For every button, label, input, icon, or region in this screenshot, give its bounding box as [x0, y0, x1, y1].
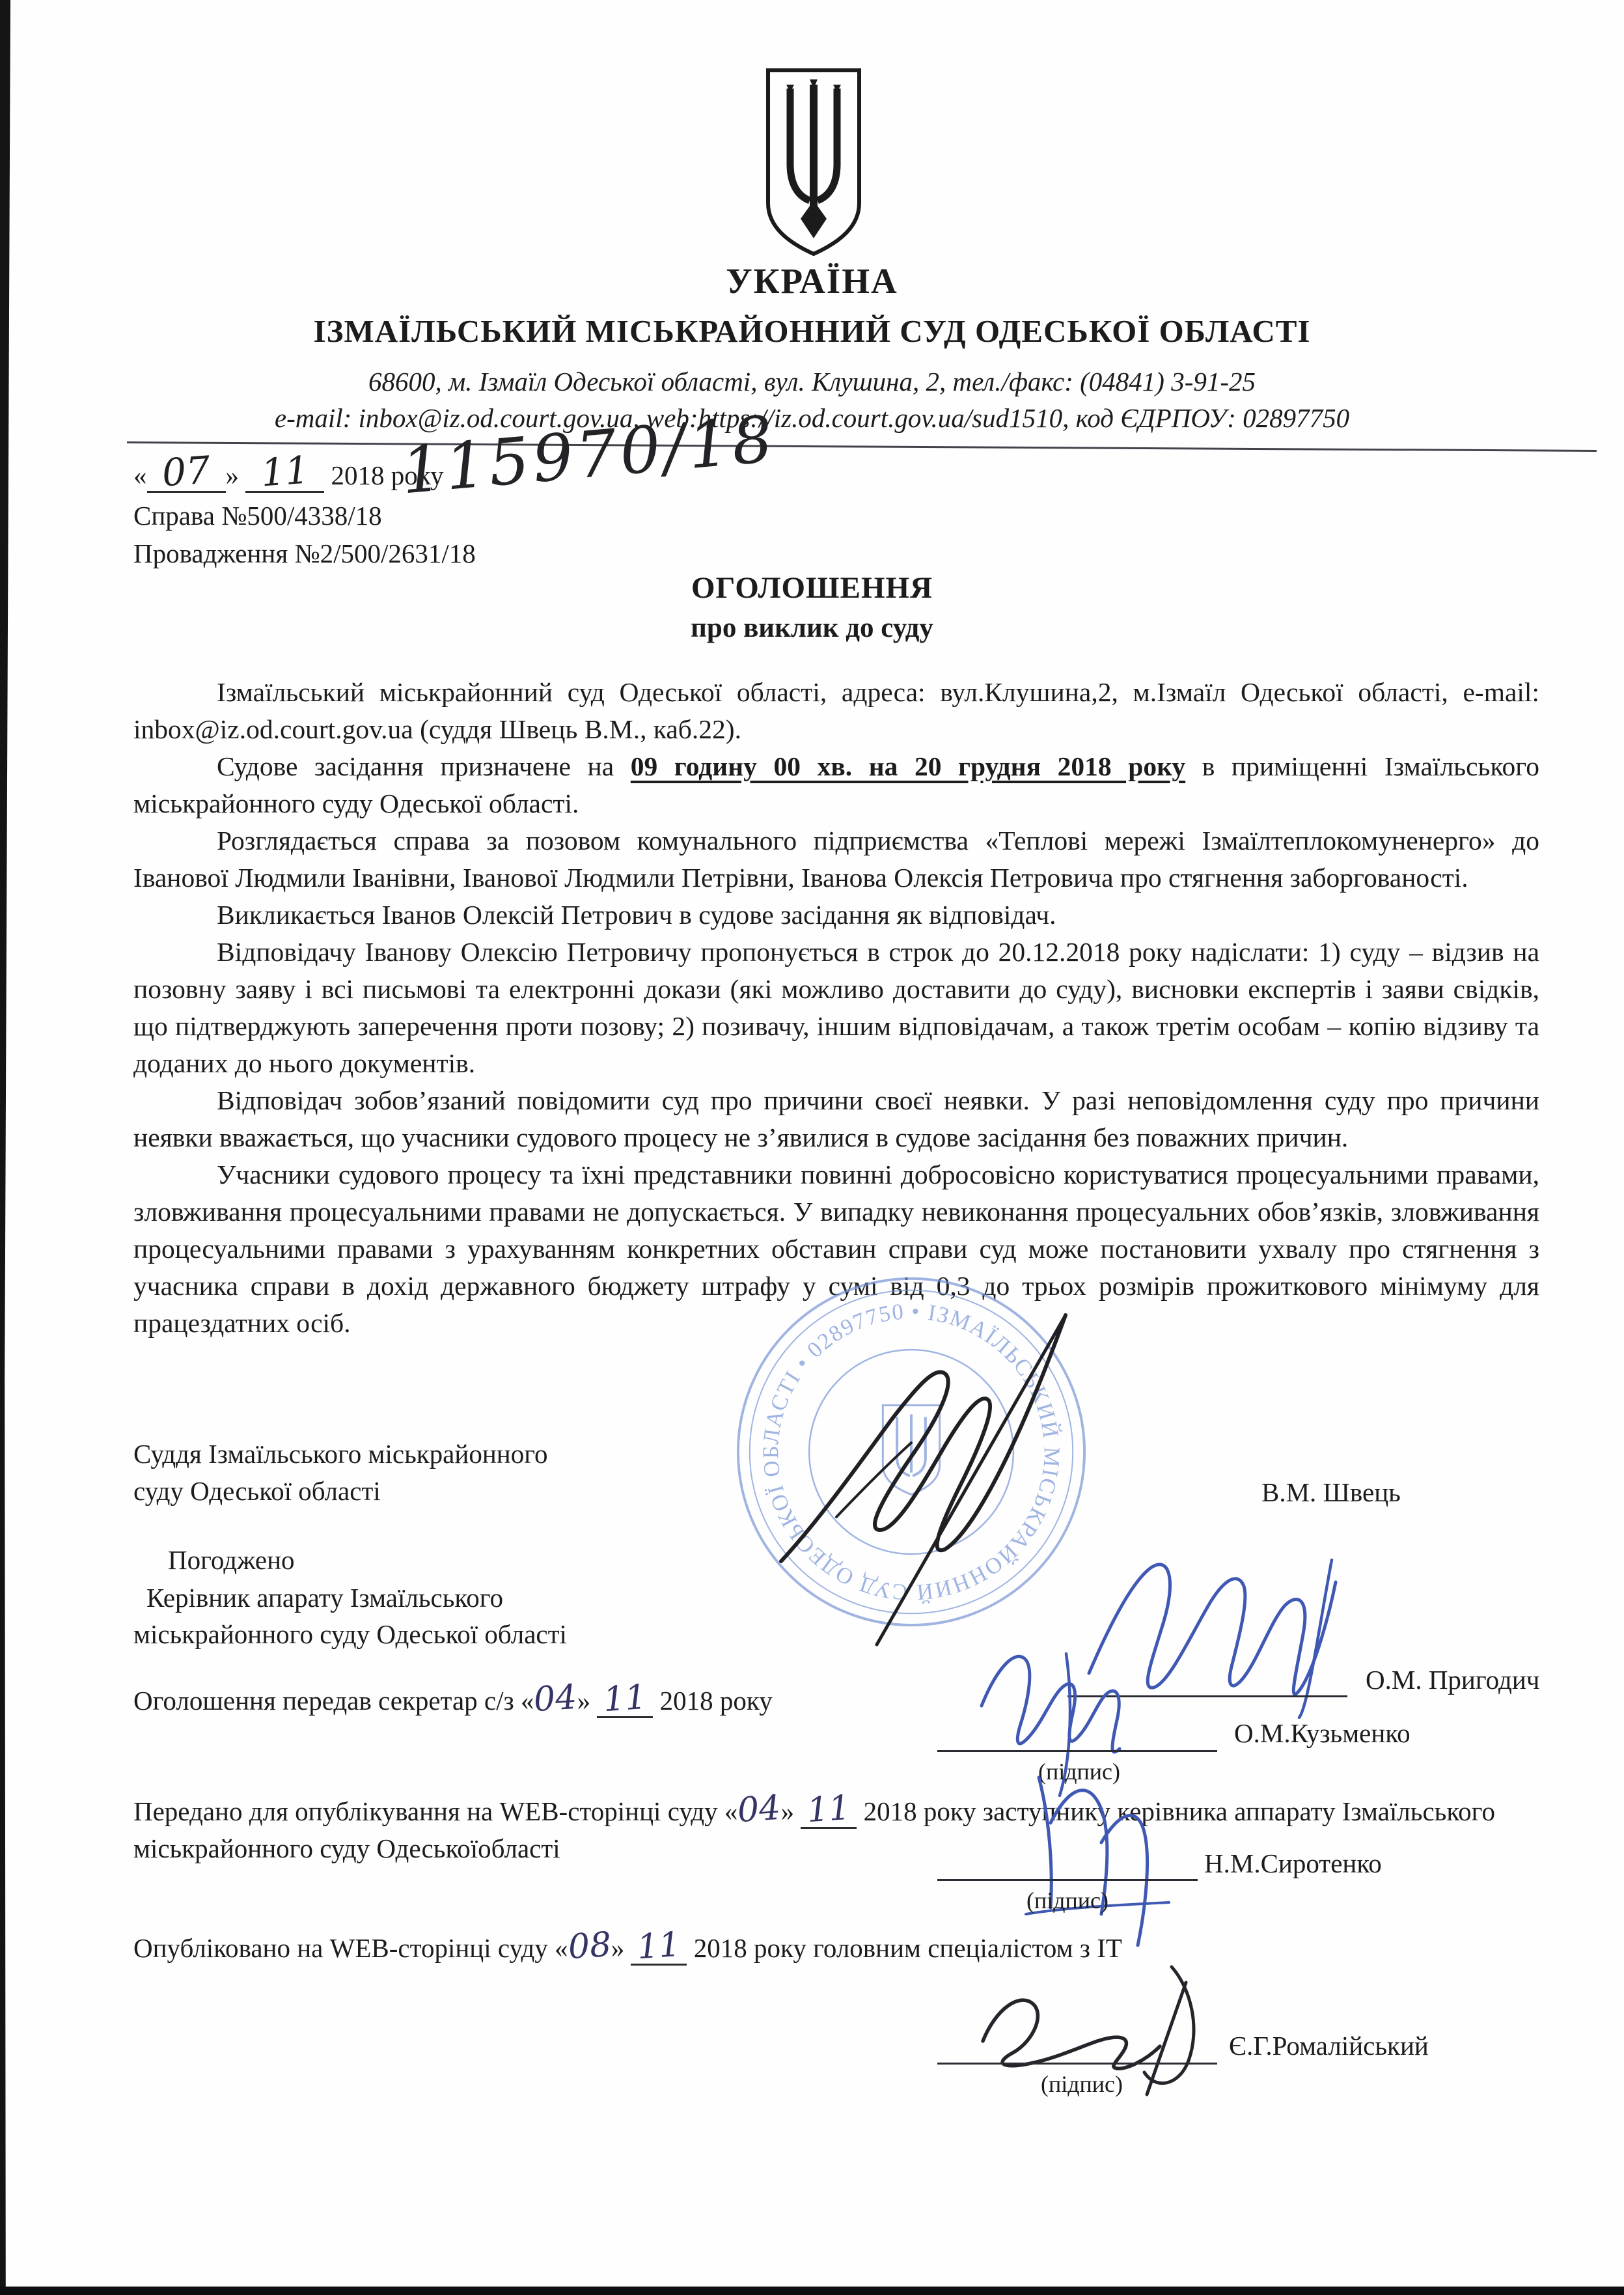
document-body: Ізмаїльський міськрайонний суд Одеської …: [133, 674, 1539, 1342]
handwritten-month: 11: [260, 463, 309, 479]
chief-name: О.М. Пригодич: [1366, 1664, 1539, 1695]
court-contact: e-mail: inbox@iz.od.court.gov.ua, web:ht…: [0, 402, 1624, 434]
transfer-handwritten-month: 11: [807, 1803, 851, 1816]
court-address: 68600, м. Ізмаїл Одеської області, вул. …: [0, 366, 1624, 397]
judge-role-line-1: Суддя Ізмаїльського міськрайонного: [133, 1436, 548, 1473]
signature-caption-secretary: (підпис): [982, 1758, 1177, 1785]
chief-role-line-2: міськрайонного суду Одеської області: [133, 1619, 567, 1650]
paragraph-absence-warning: Відповідач зобов’язаний повідомити суд п…: [133, 1082, 1539, 1156]
signature-caption-deputy: (підпис): [970, 1887, 1165, 1914]
transfer-text: Передано для опублікування на WEB-сторін…: [133, 1796, 737, 1826]
document-date-line: «07» 11 2018 року: [133, 460, 444, 493]
published-rest-text: 2018 року головним спеціалістом з ІТ: [687, 1933, 1122, 1963]
web-transfer-line-1: Передано для опублікування на WEB-сторін…: [133, 1796, 1624, 1829]
secretary-signature-line: [937, 1750, 1217, 1752]
paragraph-respondent-duties: Відповідачу Іванову Олексію Петровичу пр…: [133, 934, 1539, 1082]
secretary-name: О.М.Кузьменко: [1234, 1718, 1411, 1749]
transfer-handwritten-day: 04: [737, 1803, 781, 1816]
signature-caption-it: (підпис): [984, 2070, 1179, 2098]
transfer-month-blank: 11: [801, 1796, 857, 1829]
secretary-text: Оголошення передав секретар с/з «: [133, 1686, 534, 1716]
document-title: ОГОЛОШЕННЯ: [0, 570, 1624, 605]
published-handwritten-month: 11: [637, 1940, 681, 1953]
secretary-year-text: 2018 року: [653, 1686, 772, 1716]
secretary-handwritten-day: 04: [534, 1692, 577, 1706]
scanned-document-page: УКРАЇНА ІЗМАЇЛЬСЬКИЙ МІСЬКРАЙОННИЙ СУД О…: [0, 0, 1624, 2295]
scan-edge-artifact-bottom: [0, 2287, 1624, 2295]
transfer-close-quote: »: [781, 1796, 795, 1826]
secretary-month-blank: 11: [597, 1685, 653, 1718]
date-open-quote: «: [133, 460, 147, 490]
paragraph-summons: Викликається Іванов Олексій Петрович в с…: [133, 897, 1539, 934]
document-subtitle: про виклик до суду: [0, 612, 1624, 644]
secretary-handwritten-month: 11: [603, 1692, 647, 1706]
agreed-label: Погоджено: [168, 1544, 295, 1576]
judge-role-line-2: суду Одеської області: [133, 1473, 548, 1510]
it-specialist-name: Є.Г.Ромалійський: [1229, 2030, 1429, 2061]
court-round-stamp: • ІЗМАЇЛЬСЬКИЙ МІСЬКРАЙОННИЙ СУД ОДЕСЬКО…: [730, 1271, 1092, 1633]
deputy-signature-line: [937, 1879, 1198, 1881]
secretary-transfer-line: Оголошення передав секретар с/з «04» 11 …: [133, 1685, 773, 1718]
published-handwritten-day: 08: [568, 1940, 611, 1953]
paragraph-court-info: Ізмаїльський міськрайонний суд Одеської …: [133, 674, 1539, 748]
it-signature-line: [937, 2063, 1217, 2065]
proceeding-number-line: Провадження №2/500/2631/18: [133, 538, 476, 569]
court-name: ІЗМАЇЛЬСЬКИЙ МІСЬКРАЙОННИЙ СУД ОДЕСЬКОЇ …: [0, 313, 1624, 350]
transfer-rest-text: 2018 року заступнику керівника аппарату …: [857, 1796, 1495, 1826]
published-close-quote: »: [611, 1933, 625, 1963]
date-month-blank: 11: [245, 460, 324, 493]
chief-role-line-1: Керівник апарату Ізмаїльського: [146, 1582, 503, 1613]
published-month-blank: 11: [631, 1932, 687, 1966]
secretary-close-quote: »: [577, 1686, 591, 1716]
published-line: Опубліковано на WEB-сторінці суду «08» 1…: [133, 1932, 1624, 1966]
chief-signature: [1073, 1537, 1353, 1719]
chief-signature-line: [1067, 1695, 1347, 1697]
handwritten-day: 07: [161, 463, 210, 479]
case-number-line: Справа №500/4338/18: [133, 500, 382, 531]
country-title: УКРАЇНА: [0, 260, 1624, 301]
judge-name: В.М. Швець: [1261, 1477, 1401, 1508]
paragraph-hearing: Судове засідання призначене на 09 годину…: [133, 748, 1539, 822]
date-close-quote: »: [226, 460, 240, 490]
paragraph-case-subject: Розглядається справа за позовом комуналь…: [133, 822, 1539, 897]
judge-role-label: Суддя Ізмаїльського міськрайонного суду …: [133, 1436, 548, 1510]
hearing-text-before: Судове засідання призначене на: [217, 751, 631, 781]
date-day-blank: 07: [147, 460, 226, 493]
published-text: Опубліковано на WEB-сторінці суду «: [133, 1933, 568, 1963]
header-separator-line: [127, 441, 1597, 452]
web-transfer-line-2: міськрайонного суду Одеськоїобласті: [133, 1833, 560, 1864]
ukraine-trident-emblem: [763, 66, 864, 259]
hearing-datetime-emphasis: 09 годину 00 хв. на 20 грудня 2018 року: [631, 751, 1185, 781]
deputy-name: Н.М.Сиротенко: [1204, 1848, 1382, 1879]
